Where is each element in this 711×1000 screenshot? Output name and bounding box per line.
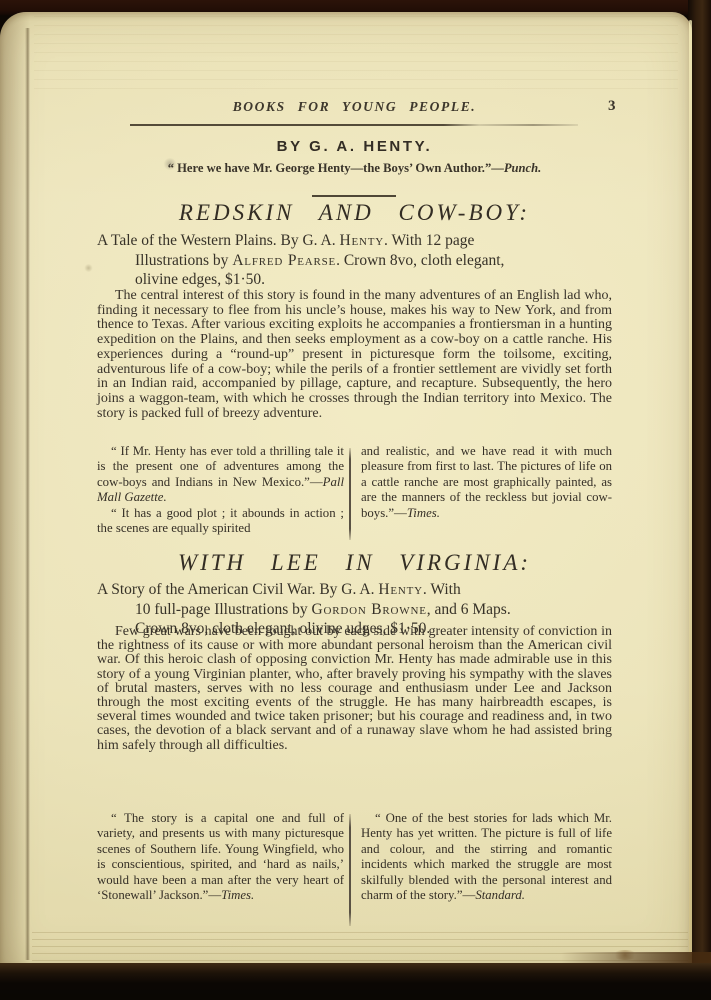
byline-heading: BY G. A. HENTY. <box>97 138 612 155</box>
book-cover-bottom-edge <box>0 963 711 1000</box>
imprint-line: A Story of the American Civil War. By G.… <box>97 580 612 600</box>
imprint-line: olivine edges, $1·50. <box>135 270 612 290</box>
book-title-with-lee-in-virginia: WITH LEE IN VIRGINIA: <box>97 550 612 576</box>
page-right-edge-highlight <box>689 20 692 964</box>
column-divider <box>349 448 351 540</box>
byline-quote-text: “ Here we have Mr. George Henty—the Boys… <box>168 161 504 175</box>
review-quote: “ One of the best stories for lads which… <box>361 811 612 903</box>
review-quote: “ It has a good plot ; it abounds in act… <box>97 506 344 537</box>
page-number: 3 <box>608 98 638 115</box>
reviews-column-left: “ The story is a capital one and full of… <box>97 811 344 903</box>
imprint-line: 10 full-page Illustrations by Gordon Bro… <box>135 600 612 620</box>
column-divider <box>349 814 351 926</box>
review-quote: “ If Mr. Henty has ever told a thrilling… <box>97 444 344 506</box>
page-edge-streaks-top <box>34 16 678 94</box>
book-title-redskin-and-cow-boy: REDSKIN AND COW-BOY: <box>97 200 612 226</box>
page-crease <box>25 28 30 960</box>
imprint-line: A Tale of the Western Plains. By G. A. H… <box>97 231 612 251</box>
review-source: Times. <box>407 506 440 520</box>
reviews-column-right: and realistic, and we have read it with … <box>361 444 612 521</box>
imprint-block: A Tale of the Western Plains. By G. A. H… <box>97 231 612 290</box>
review-source: Times. <box>221 888 254 902</box>
review-source: Standard. <box>475 888 525 902</box>
byline-quote: “ Here we have Mr. George Henty—the Boys… <box>97 161 612 176</box>
ornament-rule <box>312 195 396 197</box>
byline-quote-source: Punch. <box>504 161 541 175</box>
review-quote: and realistic, and we have read it with … <box>361 444 612 521</box>
book-description: Few great wars have been fought out by e… <box>97 625 612 753</box>
book-description: The central interest of this story is fo… <box>97 289 612 421</box>
header-rule <box>130 124 578 126</box>
review-quote: “ The story is a capital one and full of… <box>97 811 344 903</box>
scanned-book-spread: BOOKS FOR YOUNG PEOPLE. 3 BY G. A. HENTY… <box>0 0 711 1000</box>
paper-stain <box>84 264 93 272</box>
reviews-column-right: “ One of the best stories for lads which… <box>361 811 612 903</box>
reviews-column-left: “ If Mr. Henty has ever told a thrilling… <box>97 444 344 536</box>
running-head-title: BOOKS FOR YOUNG PEOPLE. <box>97 99 612 115</box>
book-page: BOOKS FOR YOUNG PEOPLE. 3 BY G. A. HENTY… <box>0 12 692 970</box>
imprint-line: Illustrations by Alfred Pearse. Crown 8v… <box>135 251 612 271</box>
